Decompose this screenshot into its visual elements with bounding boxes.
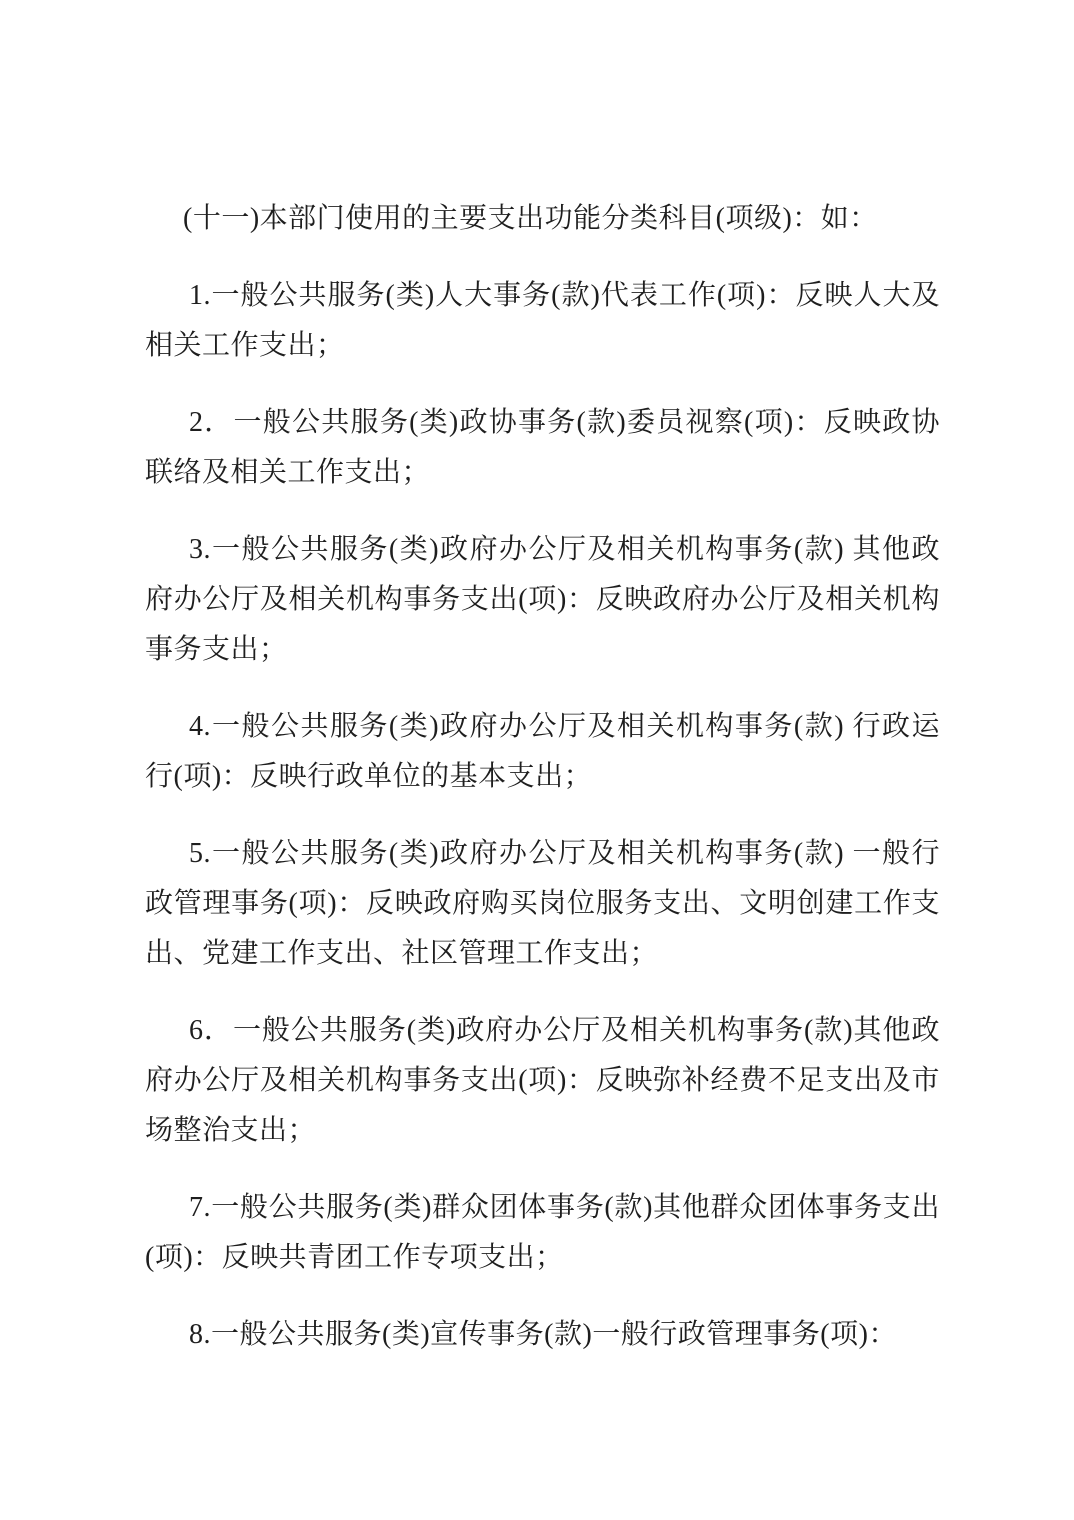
expense-item-4: 4.一般公共服务(类)政府办公厅及相关机构事务(款) 行政运行(项)：反映行政单… bbox=[145, 702, 940, 802]
section-heading: (十一)本部门使用的主要支出功能分类科目(项级)：如： bbox=[145, 194, 940, 244]
expense-item-8: 8.一般公共服务(类)宣传事务(款)一般行政管理事务(项)： bbox=[145, 1310, 940, 1360]
expense-item-3: 3.一般公共服务(类)政府办公厅及相关机构事务(款) 其他政府办公厅及相关机构事… bbox=[145, 525, 940, 675]
expense-item-7: 7.一般公共服务(类)群众团体事务(款)其他群众团体事务支出(项)：反映共青团工… bbox=[145, 1183, 940, 1283]
expense-item-1: 1.一般公共服务(类)人大事务(款)代表工作(项)：反映人大及相关工作支出； bbox=[145, 271, 940, 371]
expense-item-5: 5.一般公共服务(类)政府办公厅及相关机构事务(款) 一般行政管理事务(项)：反… bbox=[145, 829, 940, 979]
expense-item-6: 6．一般公共服务(类)政府办公厅及相关机构事务(款)其他政府办公厅及相关机构事务… bbox=[145, 1006, 940, 1156]
document-page: (十一)本部门使用的主要支出功能分类科目(项级)：如： 1.一般公共服务(类)人… bbox=[0, 0, 1074, 1520]
expense-item-2: 2．一般公共服务(类)政协事务(款)委员视察(项)：反映政协联络及相关工作支出； bbox=[145, 398, 940, 498]
